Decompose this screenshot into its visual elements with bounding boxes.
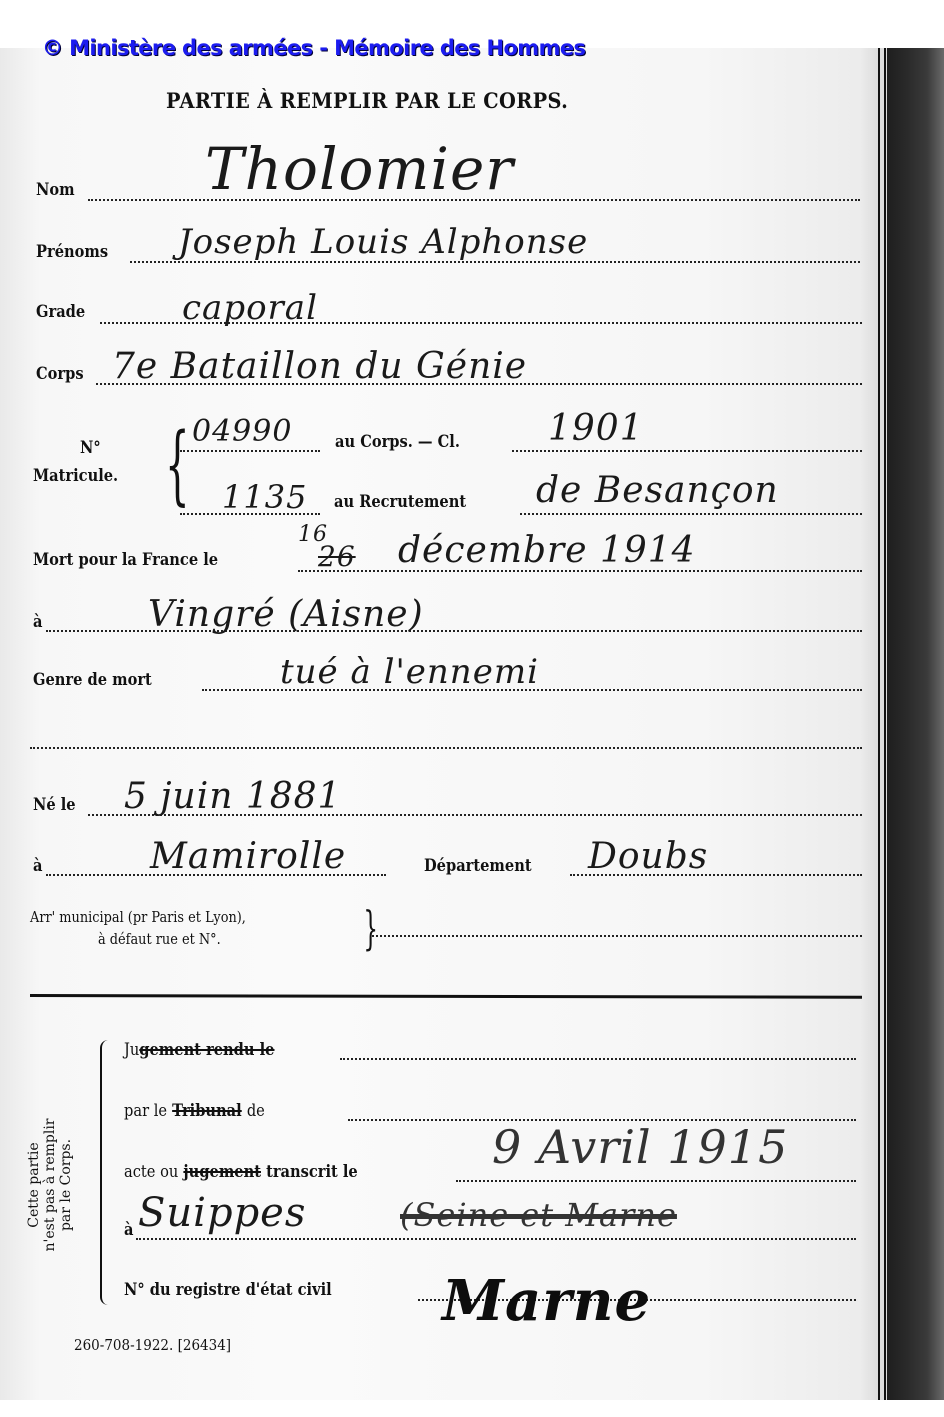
copyright-watermark: © Ministère des armées - Mémoire des Hom…	[42, 36, 585, 60]
form-reference-code: 260-708-1922. [26434]	[74, 1336, 231, 1354]
corps-number-label: au Corps. — Cl.	[335, 432, 460, 452]
jugement-label: Jugement rendu le	[124, 1040, 274, 1060]
classe-line	[512, 450, 862, 452]
binding-edge	[887, 48, 944, 1400]
margin-line	[878, 48, 880, 1400]
lieu-transcription-label: à	[124, 1220, 133, 1240]
recrutement-number-value: 1135	[222, 478, 307, 516]
genre-mort-label: Genre de mort	[33, 670, 152, 690]
matricule-label-2: Matricule.	[33, 466, 118, 486]
mort-day-struck: 26	[318, 540, 356, 573]
prenoms-label: Prénoms	[36, 242, 108, 262]
mort-label: Mort pour la France le	[33, 550, 218, 570]
prenoms-value: Joseph Louis Alphonse	[178, 222, 588, 262]
lieu-mort-value: Vingré (Aisne)	[148, 594, 424, 635]
genre-mort-value: tué à l'ennemi	[280, 652, 539, 692]
transcrit-label: acte ou jugement transcrit le	[124, 1162, 358, 1182]
side-note-line-1: Cette partie	[26, 1070, 42, 1300]
matricule-label-1: N°	[80, 438, 101, 458]
recrutement-value: de Besançon	[536, 470, 779, 511]
lieu-naissance-label: à	[33, 856, 42, 876]
arrondissement-label-1: Arr' municipal (pr Paris et Lyon),	[30, 908, 246, 926]
arrondissement-line	[372, 935, 862, 937]
side-note: Cette partie n'est pas à remplir par le …	[26, 1070, 74, 1300]
lower-section-brace	[100, 1040, 110, 1305]
recrutement-label: au Recrutement	[334, 492, 466, 512]
recrutement-line	[520, 513, 862, 515]
transcrit-line	[456, 1180, 856, 1182]
transcrit-label-plain: acte ou	[124, 1162, 178, 1182]
lieu-transcription-value: Suippes	[138, 1190, 306, 1236]
grade-label: Grade	[36, 302, 85, 322]
nom-value: Tholomier	[205, 135, 514, 203]
mort-value: décembre 1914	[398, 530, 696, 571]
lieu-transcription-struck: (Seine et Marne	[400, 1196, 677, 1234]
side-note-line-3: par le Corps.	[58, 1070, 74, 1300]
lieu-transcription-line	[136, 1238, 856, 1240]
arrondissement-label-2: à défaut rue et N°.	[98, 930, 221, 948]
corps-label: Corps	[36, 364, 84, 384]
tribunal-label-plain: par le	[124, 1101, 167, 1121]
transcrit-value: 9 Avril 1915	[492, 1120, 788, 1174]
registre-label: N° du registre d'état civil	[124, 1280, 332, 1300]
departement-value: Doubs	[588, 836, 708, 877]
form-title: PARTIE À REMPLIR PAR LE CORPS.	[166, 88, 568, 113]
lieu-mort-label: à	[33, 612, 42, 632]
corps-number-line	[180, 450, 320, 452]
jugement-label-plain: Ju	[124, 1040, 139, 1060]
corps-number-value: 04990	[192, 414, 292, 449]
registre-value: Marne	[442, 1268, 651, 1334]
corps-value: 7e Bataillon du Génie	[112, 346, 527, 387]
departement-label: Département	[424, 856, 532, 876]
jugement-line	[340, 1058, 856, 1060]
nom-label: Nom	[36, 180, 75, 200]
extra-line	[30, 747, 862, 749]
naissance-label: Né le	[33, 795, 76, 815]
arrondissement-brace: }	[363, 905, 378, 951]
side-note-line-2: n'est pas à remplir	[42, 1070, 58, 1300]
tribunal-label-end: de	[247, 1101, 265, 1121]
lieu-naissance-value: Mamirolle	[150, 836, 346, 877]
transcrit-label-struck: jugement	[183, 1162, 261, 1182]
matricule-brace: {	[165, 422, 190, 508]
jugement-label-struck: gement rendu le	[139, 1040, 274, 1060]
tribunal-label: par le Tribunal de	[124, 1101, 265, 1121]
naissance-value: 5 juin 1881	[124, 776, 341, 817]
transcrit-label-end: transcrit le	[266, 1162, 358, 1182]
grade-value: caporal	[182, 288, 318, 328]
tribunal-label-struck: Tribunal	[172, 1101, 242, 1121]
margin-line	[884, 48, 886, 1400]
classe-value: 1901	[548, 408, 644, 449]
